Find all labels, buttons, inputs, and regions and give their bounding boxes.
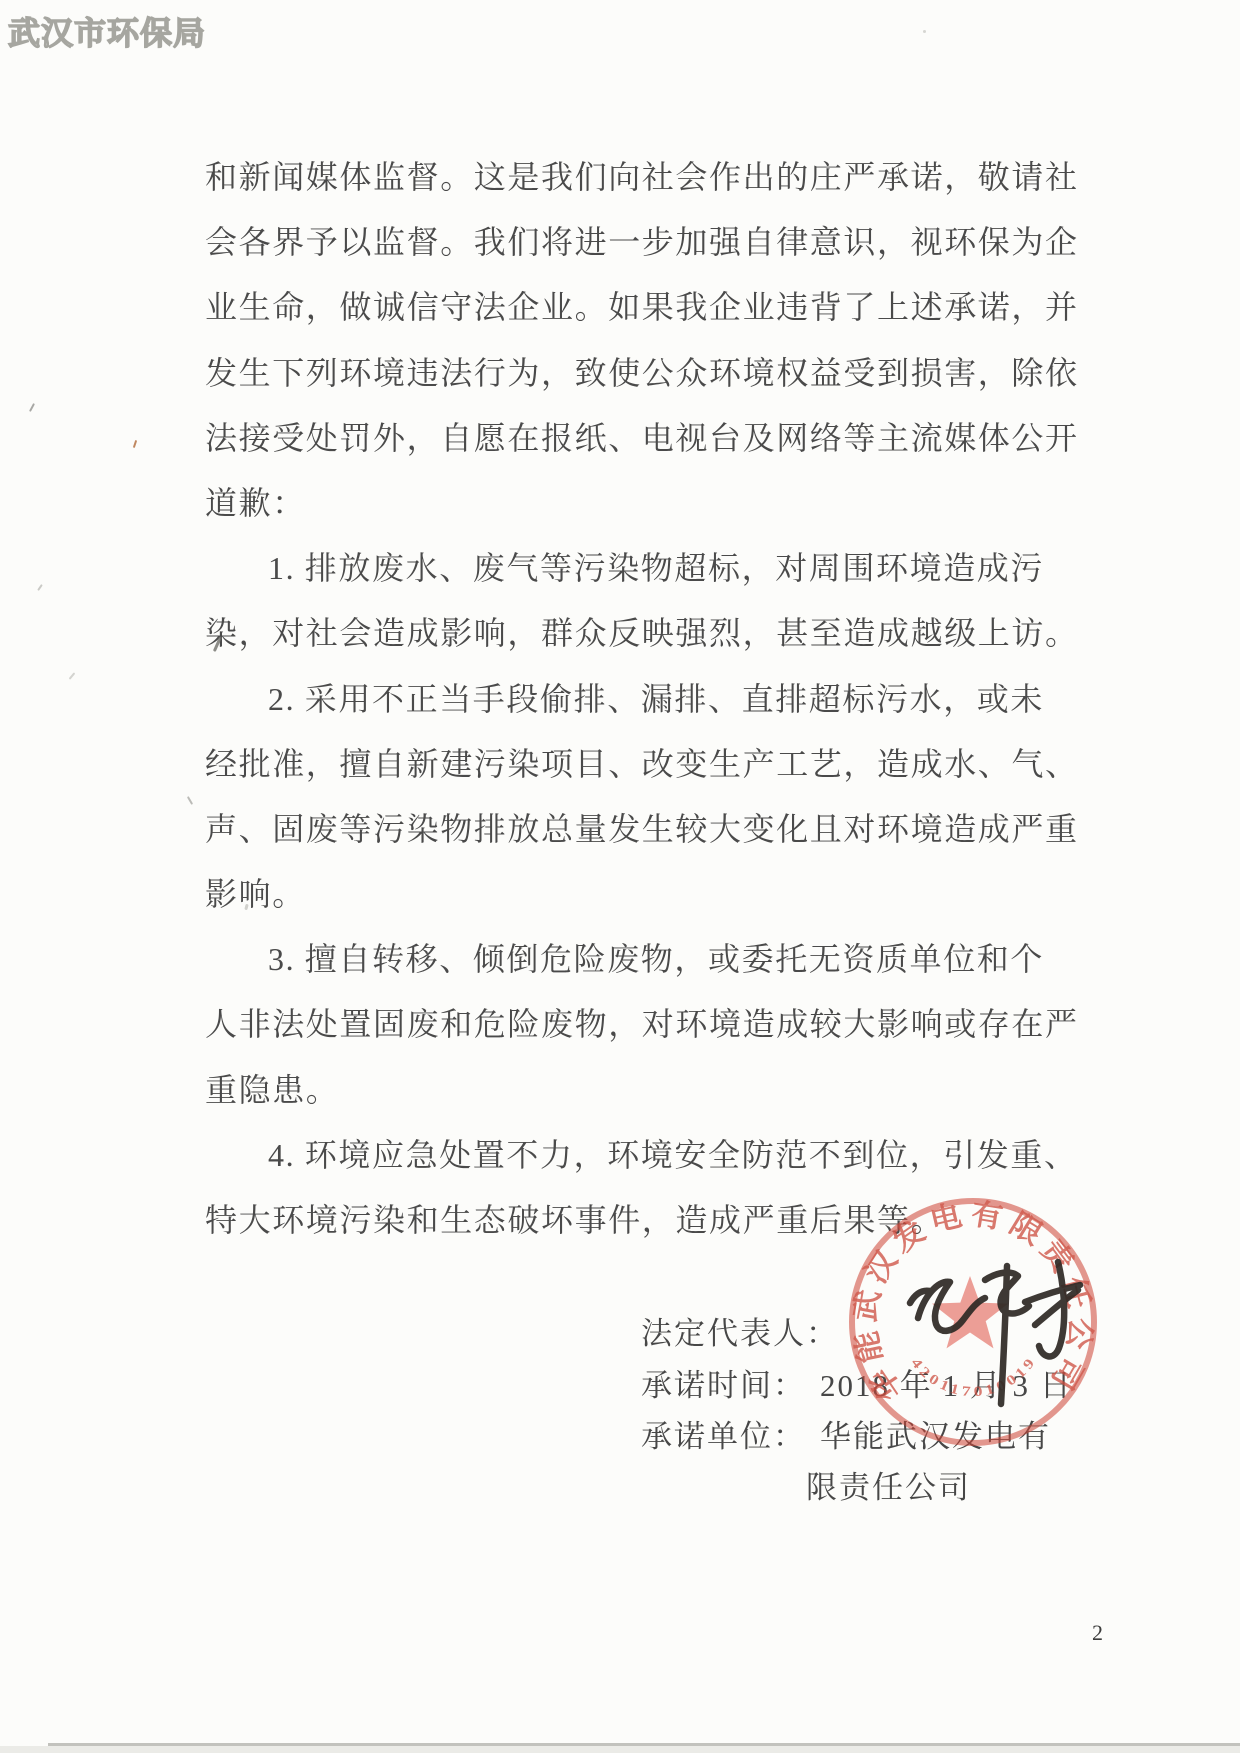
body-line-14: 人非法处置固废和危险废物，对环境造成较大影响或存在严 (205, 992, 1090, 1057)
commit-unit-label: 承诺单位： (641, 1419, 806, 1454)
commit-time-row: 承诺时间：2018 年 1 月 3 日 (641, 1370, 1073, 1401)
document-page: 武汉市环保局 和新闻媒体监督。这是我们向社会作出的庄严承诺，敬请社 会各界予以监… (0, 0, 1240, 1753)
watermark: 武汉市环保局 (8, 8, 206, 54)
seal-star-icon (932, 1276, 1008, 1348)
body-line-9-item-2: 2. 采用不正当手段偷排、漏排、直排超标污水，或未 (205, 667, 1090, 732)
commit-unit-row: 承诺单位：华能武汉发电有 (641, 1421, 1051, 1452)
body-line-5: 法接受处罚外，自愿在报纸、电视台及网络等主流媒体公开 (205, 406, 1090, 471)
scan-speck (923, 30, 926, 33)
commit-unit-value-line2: 限责任公司 (806, 1472, 971, 1503)
scan-speck (37, 584, 43, 591)
commit-time-value: 2018 年 1 月 3 日 (820, 1368, 1073, 1403)
page-number: 2 (1092, 1620, 1103, 1646)
scan-speck (133, 440, 137, 448)
commit-time-label: 承诺时间： (641, 1368, 806, 1403)
body-line-3: 业生命，做诚信守法企业。如果我企业违背了上述承诺，并 (205, 275, 1090, 340)
body-line-11: 声、固废等污染物排放总量发生较大变化且对环境造成严重 (205, 797, 1090, 862)
body-line-17: 特大环境污染和生态破坏事件，造成严重后果等。 (205, 1188, 1090, 1253)
body-line-12: 影响。 (205, 862, 1090, 927)
scan-speck (69, 672, 76, 679)
body-text: 和新闻媒体监督。这是我们向社会作出的庄严承诺，敬请社 会各界予以监督。我们将进一… (205, 145, 1090, 1253)
body-line-2: 会各界予以监督。我们将进一步加强自律意识，视环保为企 (205, 210, 1090, 275)
body-line-13-item-3: 3. 擅自转移、倾倒危险废物，或委托无资质单位和个 (205, 927, 1090, 992)
body-line-1: 和新闻媒体监督。这是我们向社会作出的庄严承诺，敬请社 (205, 145, 1090, 210)
scan-speck (187, 796, 193, 805)
body-line-8: 染，对社会造成影响，群众反映强烈，甚至造成越级上访。 (205, 601, 1090, 666)
body-line-15: 重隐患。 (205, 1058, 1090, 1123)
scan-edge (48, 1743, 1240, 1746)
scan-speck (29, 403, 35, 412)
body-line-6: 道歉： (205, 471, 1090, 536)
body-line-10: 经批准，擅自新建污染项目、改变生产工艺，造成水、气、 (205, 732, 1090, 797)
legal-rep-label: 法定代表人： (641, 1316, 839, 1351)
commit-unit-value-line1: 华能武汉发电有 (820, 1419, 1051, 1454)
body-line-4: 发生下列环境违法行为，致使公众环境权益受到损害，除依 (205, 341, 1090, 406)
body-line-7-item-1: 1. 排放废水、废气等污染物超标，对周围环境造成污 (205, 536, 1090, 601)
body-line-16-item-4: 4. 环境应急处置不力，环境安全防范不到位，引发重、 (205, 1123, 1090, 1188)
scan-edge-shadow (0, 1746, 1240, 1753)
legal-rep-row: 法定代表人： (641, 1318, 839, 1349)
